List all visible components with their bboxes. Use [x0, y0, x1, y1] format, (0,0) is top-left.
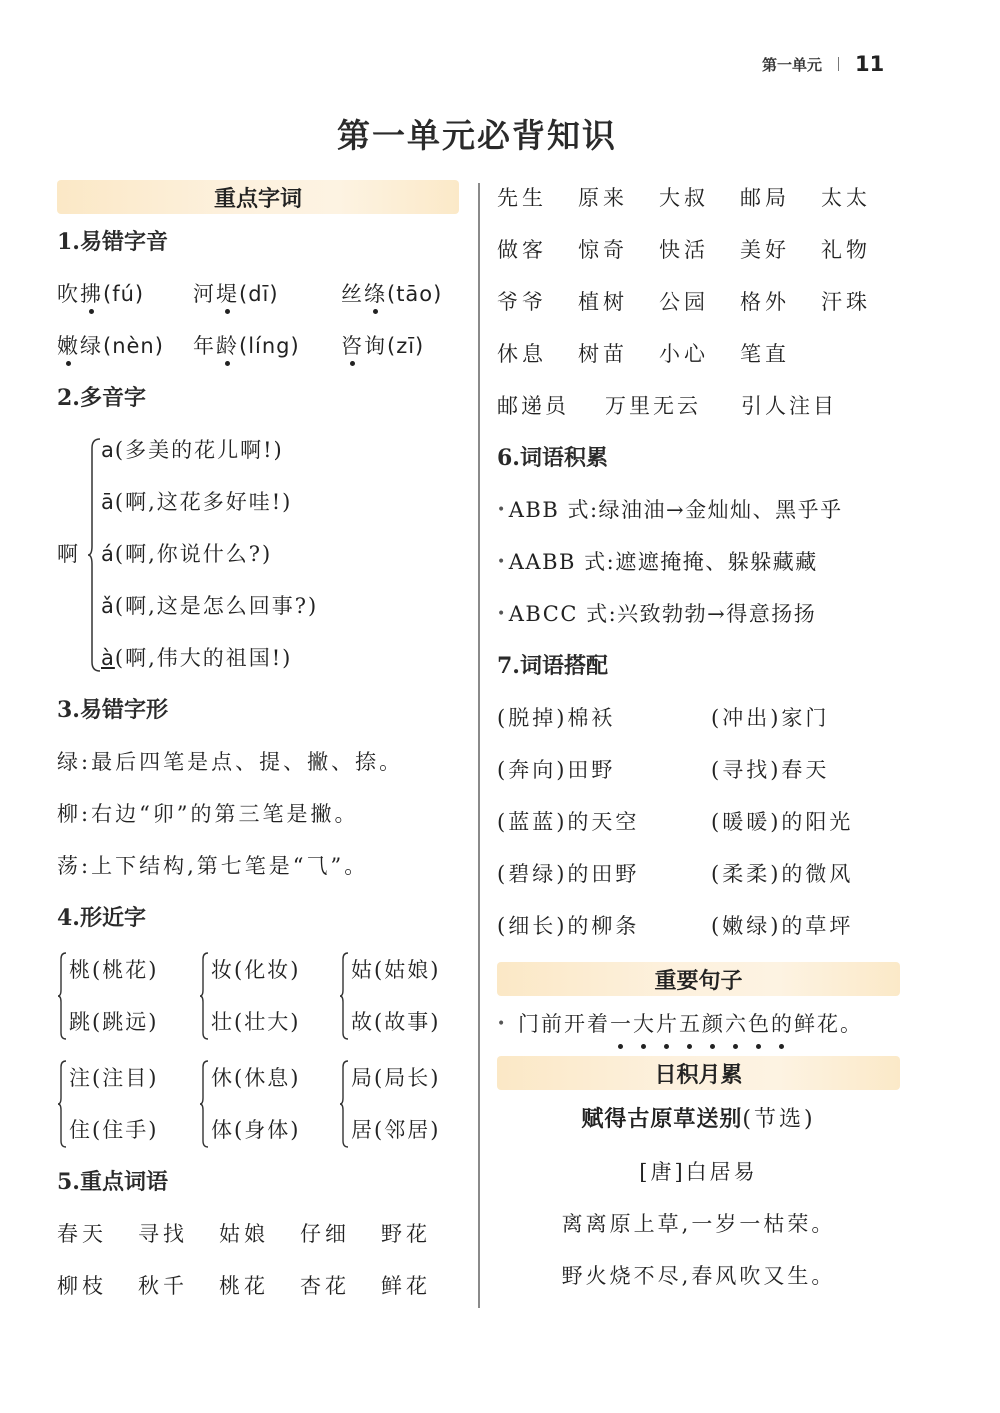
collocation-grid: (脱掉)棉袄 (冲出)家门 (奔向)田野 (寻找)春天 (蓝蓝)的天空 (暖暖)… [497, 692, 900, 952]
column-divider [478, 183, 480, 1308]
pronunciation-row: 吹拂(fú) 河堤(dī) 丝绦(tāo) [57, 268, 459, 320]
word: 美好 [740, 224, 821, 276]
similar-pair: 注(注目)住(住手) [57, 1052, 199, 1156]
header-separator [838, 57, 839, 71]
collocation: (柔柔)的微风 [711, 848, 901, 900]
word: 邮递员 [497, 380, 605, 432]
polyphone-item: ā(啊,这花多好哇!) [101, 476, 318, 528]
polyphone-block: 啊 a(多美的花儿啊!) ā(啊,这花多好哇!) á(啊,你说什么?) ǎ(啊,… [57, 424, 459, 684]
key-words-grid: 春天 寻找 姑娘 仔细 野花 柳枝 秋千 桃花 杏花 鲜花 [57, 1208, 459, 1312]
word: 快活 [659, 224, 740, 276]
word: 惊奇 [578, 224, 659, 276]
word: 寻找 [138, 1208, 219, 1260]
polyphone-item: ǎ(啊,这是怎么回事?) [101, 580, 318, 632]
banner-daily-accumulation: 日积月累 [497, 1056, 900, 1090]
banner-key-words: 重点字词 [57, 180, 459, 214]
pron-item: 嫩绿(nèn) [57, 320, 193, 372]
section-heading-2: 2.多音字 [57, 372, 459, 424]
section-heading-5: 5.重点词语 [57, 1156, 459, 1208]
polyphone-list: a(多美的花儿啊!) ā(啊,这花多好哇!) á(啊,你说什么?) ǎ(啊,这是… [101, 424, 318, 684]
polyphone-char: 啊 [57, 528, 78, 580]
stroke-note: 柳:右边“卯”的第三笔是撇。 [57, 788, 459, 840]
word: 杏花 [300, 1260, 381, 1312]
word-pattern: AABB 式:遮遮掩掩、躲躲藏藏 [497, 536, 900, 588]
section-heading-7: 7.词语搭配 [497, 640, 900, 692]
curly-brace-icon [339, 1060, 349, 1148]
collocation: (冲出)家门 [711, 692, 901, 744]
collocation: (脱掉)棉袄 [497, 692, 711, 744]
similar-pair: 局(局长)居(邻居) [339, 1052, 459, 1156]
page-number: 11 [855, 52, 884, 76]
similar-chars-grid: 桃(桃花)跳(跳远) 妆(化妆)壮(壮大) 姑(姑娘)故(故事) 注(注目)住(… [57, 944, 459, 1156]
similar-pair: 姑(姑娘)故(故事) [339, 944, 459, 1048]
collocation: (嫩绿)的草坪 [711, 900, 901, 952]
word: 姑娘 [219, 1208, 300, 1260]
key-words-last-row: 邮递员 万里无云 引人注目 [497, 380, 900, 432]
poem-line: 野火烧不尽,春风吹又生。 [497, 1250, 900, 1302]
word: 鲜花 [381, 1260, 462, 1312]
curly-brace-icon [87, 438, 101, 672]
word-pattern: ABCC 式:兴致勃勃→得意扬扬 [497, 588, 900, 640]
key-words-grid-continued: 先生 原来 大叔 邮局 太太 做客 惊奇 快活 美好 礼物 爷爷 植树 公园 格… [497, 172, 900, 380]
polyphone-item: á(啊,你说什么?) [101, 528, 318, 580]
curly-brace-icon [339, 952, 349, 1040]
unit-label: 第一单元 [762, 54, 822, 75]
stroke-note: 绿:最后四笔是点、提、撇、捺。 [57, 736, 459, 788]
polyphone-item: a(多美的花儿啊!) [101, 424, 318, 476]
stroke-note: 荡:上下结构,第七笔是“⺄”。 [57, 840, 459, 892]
poem-line: 离离原上草,一岁一枯荣。 [497, 1198, 900, 1250]
pronunciation-row: 嫩绿(nèn) 年龄(líng) 咨询(zī) [57, 320, 459, 372]
word: 桃花 [219, 1260, 300, 1312]
pron-item: 河堤(dī) [193, 268, 341, 320]
word: 引人注目 [741, 380, 901, 432]
word-pattern: ABB 式:绿油油→金灿灿、黑乎乎 [497, 484, 900, 536]
word: 秋千 [138, 1260, 219, 1312]
word: 爷爷 [497, 276, 578, 328]
word: 万里无云 [605, 380, 741, 432]
curly-brace-icon [57, 952, 67, 1040]
word: 礼物 [821, 224, 902, 276]
word: 公园 [659, 276, 740, 328]
word: 汗珠 [821, 276, 902, 328]
pron-item: 吹拂(fú) [57, 268, 193, 320]
word: 植树 [578, 276, 659, 328]
page-title: 第一单元必背知识 [0, 110, 954, 157]
word: 先生 [497, 172, 578, 224]
curly-brace-icon [199, 1060, 209, 1148]
poem-title: 赋得古原草送别(节选) [497, 1094, 900, 1146]
key-sentence: 门前开着一大片五颜六色的鲜花。 [497, 996, 900, 1052]
word: 大叔 [659, 172, 740, 224]
word: 做客 [497, 224, 578, 276]
word: 树苗 [578, 328, 659, 380]
collocation: (寻找)春天 [711, 744, 901, 796]
word: 休息 [497, 328, 578, 380]
polyphone-item: à(啊,伟大的祖国!) [101, 632, 318, 684]
poem-author: [唐]白居易 [497, 1146, 900, 1198]
curly-brace-icon [199, 952, 209, 1040]
collocation: (碧绿)的田野 [497, 848, 711, 900]
curly-brace-icon [57, 1060, 67, 1148]
word: 柳枝 [57, 1260, 138, 1312]
collocation: (蓝蓝)的天空 [497, 796, 711, 848]
word: 格外 [740, 276, 821, 328]
banner-key-sentence: 重要句子 [497, 962, 900, 996]
running-header: 第一单元 11 [762, 52, 884, 76]
word: 春天 [57, 1208, 138, 1260]
word: 小心 [659, 328, 740, 380]
word: 野花 [381, 1208, 462, 1260]
word: 邮局 [740, 172, 821, 224]
pron-item: 年龄(líng) [193, 320, 341, 372]
section-heading-3: 3.易错字形 [57, 684, 459, 736]
word: 笔直 [740, 328, 821, 380]
similar-pair: 休(休息)体(身体) [199, 1052, 339, 1156]
section-heading-1: 1.易错字音 [57, 216, 459, 268]
pron-item: 咨询(zī) [341, 320, 471, 372]
right-column: 先生 原来 大叔 邮局 太太 做客 惊奇 快活 美好 礼物 爷爷 植树 公园 格… [497, 172, 900, 1302]
left-column: 重点字词 1.易错字音 吹拂(fú) 河堤(dī) 丝绦(tāo) 嫩绿(nèn… [57, 180, 459, 1312]
similar-pair: 妆(化妆)壮(壮大) [199, 944, 339, 1048]
section-heading-4: 4.形近字 [57, 892, 459, 944]
word: 太太 [821, 172, 902, 224]
collocation: (暖暖)的阳光 [711, 796, 901, 848]
word: 原来 [578, 172, 659, 224]
collocation: (细长)的柳条 [497, 900, 711, 952]
pron-item: 丝绦(tāo) [341, 268, 471, 320]
similar-pair: 桃(桃花)跳(跳远) [57, 944, 199, 1048]
collocation: (奔向)田野 [497, 744, 711, 796]
word: 仔细 [300, 1208, 381, 1260]
section-heading-6: 6.词语积累 [497, 432, 900, 484]
